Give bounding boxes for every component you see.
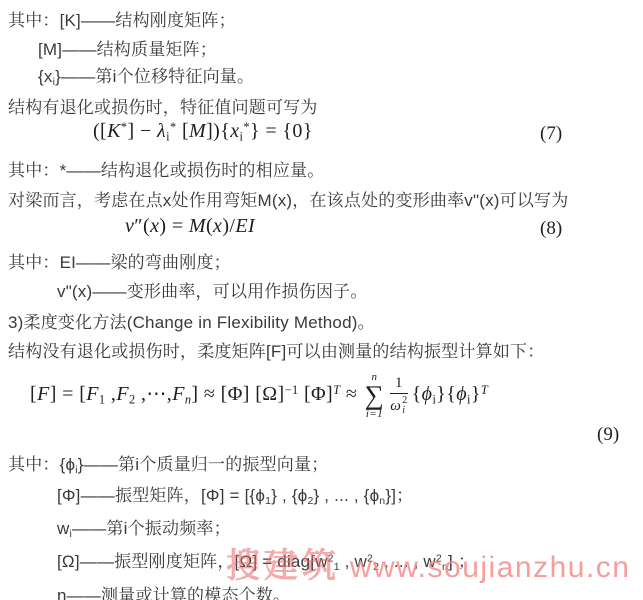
equation-7-number: (7) — [540, 123, 562, 145]
where-k-line: 其中：[K]——结构刚度矩阵； — [8, 6, 236, 31]
where-wi-line: wi——第i个振动频率； — [57, 514, 231, 540]
where-phi-line: 其中：{ϕi}——第i个质量归一的振型向量； — [8, 450, 328, 476]
summation-symbol: n∑i=1 — [365, 372, 385, 420]
document-page: 其中：[K]——结构刚度矩阵； [M]——结构质量矩阵； {xi}——第i个位移… — [0, 0, 643, 600]
where-xi-line: {xi}——第i个位移特征向量。 — [38, 62, 254, 88]
fraction-bar — [390, 393, 407, 394]
beam-intro-line: 对梁而言，考虑在点x处作用弯矩M(x)，在该点处的变形曲率v"(x)可以写为 — [8, 186, 568, 211]
where-n-line: n——测量或计算的模态个数。 — [57, 581, 290, 600]
where-ei-line: 其中：EI——梁的弯曲刚度； — [8, 248, 231, 273]
fraction: 1ω2i — [390, 376, 407, 416]
omega-sup-sub: 2i — [402, 396, 407, 416]
where-omega-line: [Ω]——振型刚度矩阵，[Ω] = diag[w21 , w22 , ... ,… — [57, 547, 475, 573]
equation-9-number: (9) — [597, 424, 619, 446]
where-m-line: [M]——结构质量矩阵； — [38, 35, 217, 60]
where-vx-line: v"(x)——变形曲率，可以用作损伤因子。 — [57, 277, 368, 302]
sigma-icon: ∑ — [365, 383, 385, 409]
where-star-line: 其中：*——结构退化或损伤时的相应量。 — [8, 156, 324, 181]
flexibility-intro-line: 结构没有退化或损伤时，柔度矩阵[F]可以由测量的结构振型计算如下： — [8, 337, 544, 362]
equation-8-number: (8) — [540, 218, 562, 240]
fraction-denominator: ω2i — [390, 396, 407, 416]
method3-heading: 3)柔度变化方法(Change in Flexibility Method)。 — [8, 308, 375, 333]
sum-lower-bound: i=1 — [366, 409, 383, 420]
equation-9: [F] = [F1 ,F2 ,⋯,Fn] ≈ [Φ] [Ω]−1 [Φ]T ≈ … — [30, 372, 488, 420]
omega-index: i — [402, 406, 405, 416]
eigenvalue-intro-line: 结构有退化或损伤时，特征值问题可写为 — [8, 93, 318, 118]
equation-7: ([K*] − λi* [M]){xi*} = {0} — [93, 120, 313, 143]
omega-symbol: ω — [390, 399, 401, 414]
equation-9-right: {ϕi}{ϕi}T — [412, 383, 489, 405]
equation-9-left: [F] = [F1 ,F2 ,⋯,Fn] ≈ [Φ] [Ω]−1 [Φ]T ≈ — [30, 383, 363, 405]
fraction-numerator: 1 — [395, 376, 403, 391]
equation-8: v″(x) = M(x)/EI — [125, 215, 255, 238]
where-phimat-line: [Φ]——振型矩阵，[Φ] = [{ϕ1} , {ϕ2} , ... , {ϕn… — [57, 481, 413, 507]
